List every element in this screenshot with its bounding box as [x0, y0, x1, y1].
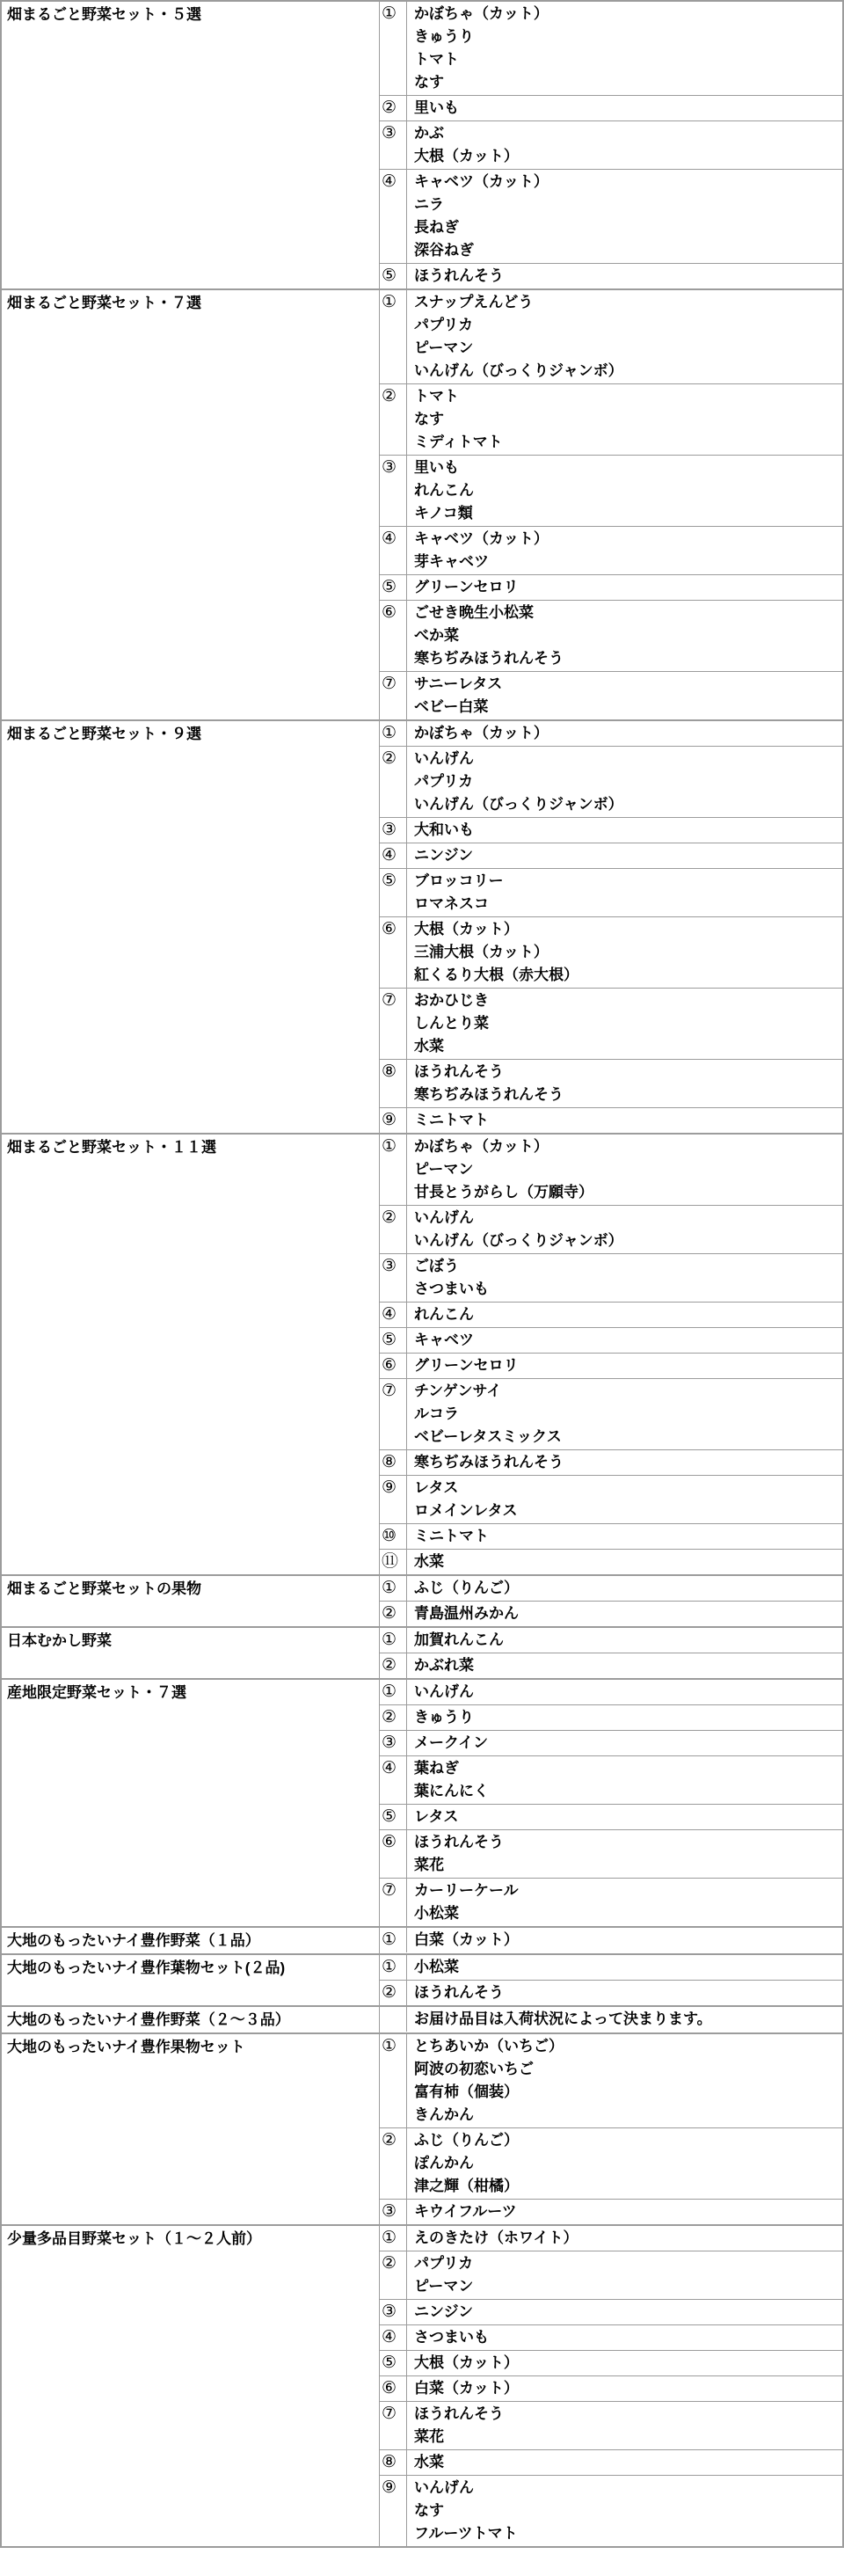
item-list: 大根（カット）三浦大根（カット）紅くるり大根（赤大根） [407, 917, 843, 989]
item-line: ミニトマト [414, 1525, 839, 1548]
item-group-row: ⑧寒ちぢみほうれんそう [380, 1450, 842, 1476]
set-name-cell: 少量多品目野菜セット（１〜２人前） [1, 2225, 380, 2547]
item-group-row: ②パプリカピーマン [380, 2251, 842, 2300]
set-name-cell: 畑まるごと野菜セット・５選 [1, 1, 380, 289]
item-line: なす [414, 408, 839, 431]
item-list: ミニトマト [407, 1108, 843, 1134]
item-group-table: ①とちあいか（いちご）阿波の初恋いちご富有柿（個装）きんかん②ふじ（りんご）ぽん… [380, 2034, 842, 2224]
item-line: いんげん [414, 1207, 839, 1230]
item-line: いんげん [414, 1681, 839, 1704]
item-group-row: ⑨ミニトマト [380, 1108, 842, 1134]
item-number: ⑤ [380, 1805, 407, 1830]
item-group-table: ①ふじ（りんご）②青島温州みかん [380, 1576, 842, 1626]
item-number: ⑥ [380, 2376, 407, 2402]
item-number: ② [380, 2251, 407, 2300]
item-line: フルーツトマト [414, 2522, 839, 2545]
item-group-row: ②青島温州みかん [380, 1602, 842, 1627]
item-list: かぼちゃ（カット） [407, 721, 843, 747]
item-group-row: ⑦チンゲンサイルコラベビーレタスミックス [380, 1379, 842, 1450]
item-number: ⑤ [380, 264, 407, 289]
item-line: 富有柿（個装） [414, 2081, 839, 2104]
item-line: 小松菜 [414, 1956, 839, 1979]
item-group-row: ②きゅうり [380, 1705, 842, 1731]
item-line: 深谷ねぎ [414, 239, 839, 262]
item-number: ④ [380, 1756, 407, 1805]
item-line: 大根（カット） [414, 918, 839, 941]
item-group-row: ⑨いんげんなすフルーツトマト [380, 2476, 842, 2547]
item-number [380, 2007, 407, 2032]
item-number: ④ [380, 527, 407, 575]
item-line: ミニトマト [414, 1109, 839, 1132]
set-row: 大地のもったいナイ豊作葉物セット(２品)①小松菜②ほうれんそう [1, 1954, 843, 2006]
item-number: ③ [380, 1254, 407, 1303]
item-number: ② [380, 2128, 407, 2200]
item-group-table: ①白菜（カット） [380, 1928, 842, 1952]
item-group-row: ⑤大根（カット） [380, 2351, 842, 2376]
item-number: ① [380, 1576, 407, 1602]
set-row: 畑まるごと野菜セット・５選①かぼちゃ（カット）きゅうりトマトなす②里いも③かぶ大… [1, 1, 843, 289]
item-list: れんこん [407, 1303, 843, 1328]
item-group-row: ③里いもれんこんキノコ類 [380, 456, 842, 527]
item-list: えのきたけ（ホワイト） [407, 2226, 843, 2251]
item-list: メークイン [407, 1731, 843, 1756]
item-number: ⑩ [380, 1524, 407, 1550]
item-group-row: ①えのきたけ（ホワイト） [380, 2226, 842, 2251]
item-group-row: ③ニンジン [380, 2300, 842, 2325]
item-number: ⑧ [380, 1450, 407, 1476]
item-line: チンゲンサイ [414, 1380, 839, 1403]
set-items-cell: ①かぼちゃ（カット）②いんげんパプリカいんげん（びっくりジャンボ）③大和いも④ニ… [380, 720, 844, 1134]
item-line: 白菜（カット） [414, 2377, 839, 2400]
item-number: ① [380, 1928, 407, 1952]
item-group-row: ⑦サニーレタスベビー白菜 [380, 672, 842, 720]
item-list: キャベツ（カット）ニラ長ねぎ深谷ねぎ [407, 170, 843, 264]
item-number: ① [380, 2226, 407, 2251]
item-line: ぽんかん [414, 2152, 839, 2175]
set-items-cell: ①とちあいか（いちご）阿波の初恋いちご富有柿（個装）きんかん②ふじ（りんご）ぽん… [380, 2033, 844, 2225]
set-name-cell: 大地のもったいナイ豊作野菜（２〜３品） [1, 2006, 380, 2033]
item-number: ③ [380, 818, 407, 843]
item-group-row: ①かぼちゃ（カット）きゅうりトマトなす [380, 2, 842, 96]
item-line: 加賀れんこん [414, 1629, 839, 1652]
item-line: グリーンセロリ [414, 1354, 839, 1377]
item-line: キウイフルーツ [414, 2200, 839, 2223]
set-name-cell: 大地のもったいナイ豊作葉物セット(２品) [1, 1954, 380, 2006]
item-line: きんかん [414, 2104, 839, 2127]
item-number: ② [380, 384, 407, 456]
set-row: 畑まるごと野菜セット・１１選①かぼちゃ（カット）ピーマン甘長とうがらし（万願寺）… [1, 1134, 843, 1575]
item-list: ミニトマト [407, 1524, 843, 1550]
item-line: 芽キャベツ [414, 551, 839, 573]
item-number: ③ [380, 121, 407, 170]
item-line: ニンジン [414, 844, 839, 867]
item-line: 水菜 [414, 1551, 839, 1573]
item-line: ふじ（りんご） [414, 1577, 839, 1600]
item-line: 水菜 [414, 2451, 839, 2474]
item-line: 青島温州みかん [414, 1602, 839, 1625]
item-group-table: ①かぼちゃ（カット）きゅうりトマトなす②里いも③かぶ大根（カット）④キャベツ（カ… [380, 2, 842, 288]
item-group-row: ⑤ほうれんそう [380, 264, 842, 289]
item-line: かぼちゃ（カット） [414, 1135, 839, 1158]
item-list: かぼちゃ（カット）きゅうりトマトなす [407, 2, 843, 96]
item-line: 津之輝（柑橘） [414, 2175, 839, 2198]
item-group-row: ⑥ごせき晩生小松菜べか菜寒ちぢみほうれんそう [380, 601, 842, 672]
item-number: ① [380, 1135, 407, 1206]
item-line: ベビーレタスミックス [414, 1426, 839, 1449]
item-line: なす [414, 71, 839, 94]
item-number: ⑥ [380, 1354, 407, 1379]
item-number: ⑦ [380, 672, 407, 720]
item-line: パプリカ [414, 770, 839, 793]
set-name-cell: 産地限定野菜セット・７選 [1, 1679, 380, 1927]
item-list: キウイフルーツ [407, 2200, 843, 2225]
item-group-row: ②かぶれ菜 [380, 1653, 842, 1679]
item-group-table: ①小松菜②ほうれんそう [380, 1955, 842, 2005]
item-group-row: ①小松菜 [380, 1955, 842, 1981]
item-number: ① [380, 290, 407, 384]
item-list: さつまいも [407, 2325, 843, 2351]
item-line: 菜花 [414, 2426, 839, 2448]
item-line: なす [414, 2499, 839, 2522]
item-line: とちあいか（いちご） [414, 2035, 839, 2058]
item-list: ごせき晩生小松菜べか菜寒ちぢみほうれんそう [407, 601, 843, 672]
item-number: ⑤ [380, 1328, 407, 1354]
item-group-row: ①かぼちゃ（カット） [380, 721, 842, 747]
item-line: いんげん（びっくりジャンボ） [414, 360, 839, 383]
item-line: スナップえんどう [414, 291, 839, 314]
item-group-row: ②いんげんパプリカいんげん（びっくりジャンボ） [380, 747, 842, 818]
item-number: ⑧ [380, 2450, 407, 2476]
item-line: 三浦大根（カット） [414, 941, 839, 964]
item-line: ベビー白菜 [414, 696, 839, 719]
item-line: 里いも [414, 456, 839, 479]
item-number: ① [380, 1628, 407, 1653]
item-line: 葉ねぎ [414, 1757, 839, 1780]
item-list: とちあいか（いちご）阿波の初恋いちご富有柿（個装）きんかん [407, 2034, 843, 2128]
set-items-cell: お届け品目は入荷状況によって決まります。 [380, 2006, 844, 2033]
item-number: ③ [380, 2200, 407, 2225]
set-name-cell: 日本むかし野菜 [1, 1627, 380, 1679]
item-list: きゅうり [407, 1705, 843, 1731]
item-number: ② [380, 1602, 407, 1627]
item-line: お届け品目は入荷状況によって決まります。 [414, 2008, 839, 2031]
item-group-row: ②ほうれんそう [380, 1981, 842, 2006]
item-line: しんとり菜 [414, 1012, 839, 1035]
item-list: ブロッコリーロマネスコ [407, 869, 843, 917]
item-list: 白菜（カット） [407, 2376, 843, 2402]
item-line: かぶ [414, 122, 839, 145]
item-line: レタス [414, 1806, 839, 1828]
item-list: かぼちゃ（カット）ピーマン甘長とうがらし（万願寺） [407, 1135, 843, 1206]
item-line: おかひじき [414, 989, 839, 1012]
item-line: ほうれんそう [414, 1981, 839, 2004]
item-list: チンゲンサイルコラベビーレタスミックス [407, 1379, 843, 1450]
item-line: かぶれ菜 [414, 1654, 839, 1677]
item-line: いんげん（びっくりジャンボ） [414, 1230, 839, 1252]
set-name-cell: 大地のもったいナイ豊作野菜（１品） [1, 1927, 380, 1954]
item-number: ③ [380, 1731, 407, 1756]
item-list: ほうれんそう菜花 [407, 2402, 843, 2450]
set-row: 日本むかし野菜①加賀れんこん②かぶれ菜 [1, 1627, 843, 1679]
item-number: ⑥ [380, 1830, 407, 1879]
item-line: かぼちゃ（カット） [414, 3, 839, 26]
item-list: 加賀れんこん [407, 1628, 843, 1653]
item-line: いんげん（びっくりジャンボ） [414, 793, 839, 816]
set-items-cell: ①ふじ（りんご）②青島温州みかん [380, 1575, 844, 1627]
item-group-table: ①えのきたけ（ホワイト）②パプリカピーマン③ニンジン④さつまいも⑤大根（カット）… [380, 2226, 842, 2546]
item-list: ニンジン [407, 843, 843, 869]
set-items-cell: ①えのきたけ（ホワイト）②パプリカピーマン③ニンジン④さつまいも⑤大根（カット）… [380, 2225, 844, 2547]
item-number: ④ [380, 2325, 407, 2351]
item-list: 寒ちぢみほうれんそう [407, 1450, 843, 1476]
item-line: カーリーケール [414, 1879, 839, 1902]
set-items-cell: ①かぼちゃ（カット）ピーマン甘長とうがらし（万願寺）②いんげんいんげん（びっくり… [380, 1134, 844, 1575]
item-group-row: ②ふじ（りんご）ぽんかん津之輝（柑橘） [380, 2128, 842, 2200]
item-number: ② [380, 1705, 407, 1731]
item-line: べか菜 [414, 624, 839, 647]
item-line: キノコ類 [414, 502, 839, 525]
item-group-table: ①スナップえんどうパプリカピーマンいんげん（びっくりジャンボ）②トマトなすミディ… [380, 290, 842, 719]
item-list: 葉ねぎ葉にんにく [407, 1756, 843, 1805]
item-list: ほうれんそう [407, 264, 843, 289]
item-line: キャベツ（カット） [414, 528, 839, 551]
item-list: かぶ大根（カット） [407, 121, 843, 170]
item-group-row: ③大和いも [380, 818, 842, 843]
item-group-row: ③キウイフルーツ [380, 2200, 842, 2225]
item-line: きゅうり [414, 26, 839, 48]
item-number: ⑤ [380, 869, 407, 917]
item-line: グリーンセロリ [414, 576, 839, 599]
item-list: ふじ（りんご）ぽんかん津之輝（柑橘） [407, 2128, 843, 2200]
item-line: かぼちゃ（カット） [414, 722, 839, 745]
item-group-row: ①スナップえんどうパプリカピーマンいんげん（びっくりジャンボ） [380, 290, 842, 384]
item-line: 大和いも [414, 819, 839, 842]
item-group-row: ⑦おかひじきしんとり菜水菜 [380, 989, 842, 1060]
item-line: キャベツ [414, 1329, 839, 1352]
set-row: 畑まるごと野菜セット・７選①スナップえんどうパプリカピーマンいんげん（びっくりジ… [1, 289, 843, 720]
set-row: 大地のもったいナイ豊作果物セット①とちあいか（いちご）阿波の初恋いちご富有柿（個… [1, 2033, 843, 2225]
item-group-row: ⑧ほうれんそう寒ちぢみほうれんそう [380, 1060, 842, 1108]
item-line: 大根（カット） [414, 2352, 839, 2375]
item-list: 水菜 [407, 2450, 843, 2476]
item-group-row: ①ふじ（りんご） [380, 1576, 842, 1602]
item-list: ごぼうさつまいも [407, 1254, 843, 1303]
item-group-row: ⑤キャベツ [380, 1328, 842, 1354]
set-items-cell: ①白菜（カット） [380, 1927, 844, 1954]
vegetable-set-table: 畑まるごと野菜セット・５選①かぼちゃ（カット）きゅうりトマトなす②里いも③かぶ大… [0, 0, 844, 2548]
item-group-row: ⑥大根（カット）三浦大根（カット）紅くるり大根（赤大根） [380, 917, 842, 989]
item-number: ⑦ [380, 989, 407, 1060]
item-list: 大和いも [407, 818, 843, 843]
item-number: ② [380, 96, 407, 121]
item-list: いんげんいんげん（びっくりジャンボ） [407, 1206, 843, 1254]
item-line: ミディトマト [414, 431, 839, 454]
item-number: ⑨ [380, 1476, 407, 1524]
item-line: 阿波の初恋いちご [414, 2058, 839, 2081]
item-group-row: ⑦カーリーケール小松菜 [380, 1879, 842, 1927]
item-number: ① [380, 1955, 407, 1981]
item-group-row: ①いんげん [380, 1680, 842, 1705]
item-line: ピーマン [414, 337, 839, 360]
item-number: ⑨ [380, 2476, 407, 2547]
item-list: いんげんパプリカいんげん（びっくりジャンボ） [407, 747, 843, 818]
set-row: 畑まるごと野菜セット・９選①かぼちゃ（カット）②いんげんパプリカいんげん（びっく… [1, 720, 843, 1134]
item-number: ⑨ [380, 1108, 407, 1134]
item-line: ブロッコリー [414, 870, 839, 893]
item-line: 菜花 [414, 1854, 839, 1877]
item-line: きゅうり [414, 1706, 839, 1729]
item-line: ごせき晩生小松菜 [414, 602, 839, 624]
item-group-table: お届け品目は入荷状況によって決まります。 [380, 2007, 842, 2032]
item-list: 白菜（カット） [407, 1928, 843, 1952]
item-list: 大根（カット） [407, 2351, 843, 2376]
item-group-row: ④ニンジン [380, 843, 842, 869]
item-list: いんげん [407, 1680, 843, 1705]
item-line: サニーレタス [414, 673, 839, 696]
item-group-row: ①かぼちゃ（カット）ピーマン甘長とうがらし（万願寺） [380, 1135, 842, 1206]
item-number: ⑤ [380, 2351, 407, 2376]
item-group-table: ①いんげん②きゅうり③メークイン④葉ねぎ葉にんにく⑤レタス⑥ほうれんそう菜花⑦カ… [380, 1680, 842, 1926]
set-name-cell: 畑まるごと野菜セット・７選 [1, 289, 380, 720]
item-list: お届け品目は入荷状況によって決まります。 [407, 2007, 843, 2032]
set-name-cell: 畑まるごと野菜セット・９選 [1, 720, 380, 1134]
item-list: ニンジン [407, 2300, 843, 2325]
item-line: ごぼう [414, 1255, 839, 1278]
item-group-row: ②いんげんいんげん（びっくりジャンボ） [380, 1206, 842, 1254]
set-items-cell: ①スナップえんどうパプリカピーマンいんげん（びっくりジャンボ）②トマトなすミディ… [380, 289, 844, 720]
item-line: れんこん [414, 1303, 839, 1326]
item-list: グリーンセロリ [407, 575, 843, 601]
item-line: パプリカ [414, 2252, 839, 2275]
item-list: カーリーケール小松菜 [407, 1879, 843, 1927]
item-group-row: ④キャベツ（カット）ニラ長ねぎ深谷ねぎ [380, 170, 842, 264]
item-group-row: ①とちあいか（いちご）阿波の初恋いちご富有柿（個装）きんかん [380, 2034, 842, 2128]
item-group-row: ⑥ほうれんそう菜花 [380, 1830, 842, 1879]
item-list: 里いも [407, 96, 843, 121]
item-line: 小松菜 [414, 1902, 839, 1925]
item-number: ⑥ [380, 601, 407, 672]
set-row: 産地限定野菜セット・７選①いんげん②きゅうり③メークイン④葉ねぎ葉にんにく⑤レタ… [1, 1679, 843, 1927]
item-list: キャベツ（カット）芽キャベツ [407, 527, 843, 575]
item-group-row: ④葉ねぎ葉にんにく [380, 1756, 842, 1805]
set-row: 畑まるごと野菜セットの果物①ふじ（りんご）②青島温州みかん [1, 1575, 843, 1627]
item-line: 寒ちぢみほうれんそう [414, 1451, 839, 1474]
item-group-row: ①白菜（カット） [380, 1928, 842, 1952]
item-number: ⑪ [380, 1550, 407, 1575]
item-group-table: ①加賀れんこん②かぶれ菜 [380, 1628, 842, 1678]
set-items-cell: ①加賀れんこん②かぶれ菜 [380, 1627, 844, 1679]
item-list: トマトなすミディトマト [407, 384, 843, 456]
item-line: ルコラ [414, 1403, 839, 1426]
item-group-row: ⑤ブロッコリーロマネスコ [380, 869, 842, 917]
item-number: ④ [380, 1303, 407, 1328]
set-items-cell: ①かぼちゃ（カット）きゅうりトマトなす②里いも③かぶ大根（カット）④キャベツ（カ… [380, 1, 844, 289]
item-line: トマト [414, 48, 839, 71]
item-number: ⑧ [380, 1060, 407, 1108]
item-line: ほうれんそう [414, 1061, 839, 1084]
item-group-row: ⑧水菜 [380, 2450, 842, 2476]
item-list: ほうれんそう寒ちぢみほうれんそう [407, 1060, 843, 1108]
item-list: かぶれ菜 [407, 1653, 843, 1679]
item-line: パプリカ [414, 314, 839, 337]
set-name-cell: 畑まるごと野菜セット・１１選 [1, 1134, 380, 1575]
item-number: ③ [380, 456, 407, 527]
item-number: ⑥ [380, 917, 407, 989]
item-line: ピーマン [414, 1158, 839, 1181]
item-group-table: ①かぼちゃ（カット）ピーマン甘長とうがらし（万願寺）②いんげんいんげん（びっくり… [380, 1135, 842, 1574]
item-number: ④ [380, 170, 407, 264]
item-line: ほうれんそう [414, 265, 839, 288]
item-line: ロマネスコ [414, 893, 839, 916]
item-number: ① [380, 1680, 407, 1705]
item-line: 寒ちぢみほうれんそう [414, 647, 839, 670]
item-line: 葉にんにく [414, 1780, 839, 1803]
item-group-row: ④キャベツ（カット）芽キャベツ [380, 527, 842, 575]
item-list: スナップえんどうパプリカピーマンいんげん（びっくりジャンボ） [407, 290, 843, 384]
item-group-row: ⑥グリーンセロリ [380, 1354, 842, 1379]
item-line: レタス [414, 1477, 839, 1500]
item-number: ⑦ [380, 1879, 407, 1927]
item-number: ② [380, 1206, 407, 1254]
item-list: いんげんなすフルーツトマト [407, 2476, 843, 2547]
item-number: ① [380, 721, 407, 747]
item-line: トマト [414, 385, 839, 408]
item-line: 水菜 [414, 1035, 839, 1058]
set-name-cell: 大地のもったいナイ豊作果物セット [1, 2033, 380, 2225]
item-number: ② [380, 1981, 407, 2006]
item-line: 甘長とうがらし（万願寺） [414, 1181, 839, 1204]
item-list: グリーンセロリ [407, 1354, 843, 1379]
item-group-row: ③メークイン [380, 1731, 842, 1756]
item-line: ふじ（りんご） [414, 2129, 839, 2152]
item-line: いんげん [414, 748, 839, 770]
item-list: 小松菜 [407, 1955, 843, 1981]
item-number: ⑦ [380, 2402, 407, 2450]
item-line: ほうれんそう [414, 1831, 839, 1854]
item-list: ほうれんそう [407, 1981, 843, 2006]
item-list: ほうれんそう菜花 [407, 1830, 843, 1879]
item-line: 紅くるり大根（赤大根） [414, 964, 839, 987]
item-list: 青島温州みかん [407, 1602, 843, 1627]
set-items-cell: ①いんげん②きゅうり③メークイン④葉ねぎ葉にんにく⑤レタス⑥ほうれんそう菜花⑦カ… [380, 1679, 844, 1927]
item-group-row: お届け品目は入荷状況によって決まります。 [380, 2007, 842, 2032]
item-group-row: ⑪水菜 [380, 1550, 842, 1575]
item-line: ほうれんそう [414, 2403, 839, 2426]
item-line: さつまいも [414, 1278, 839, 1301]
item-list: パプリカピーマン [407, 2251, 843, 2300]
item-line: 長ねぎ [414, 216, 839, 239]
item-list: ふじ（りんご） [407, 1576, 843, 1602]
item-line: メークイン [414, 1732, 839, 1755]
item-group-row: ⑥白菜（カット） [380, 2376, 842, 2402]
item-line: れんこん [414, 479, 839, 502]
vegetable-set-table-body: 畑まるごと野菜セット・５選①かぼちゃ（カット）きゅうりトマトなす②里いも③かぶ大… [1, 1, 843, 2547]
item-line: 大根（カット） [414, 145, 839, 168]
item-line: 寒ちぢみほうれんそう [414, 1084, 839, 1106]
item-group-row: ④さつまいも [380, 2325, 842, 2351]
item-number: ② [380, 1653, 407, 1679]
item-line: いんげん [414, 2477, 839, 2499]
item-group-row: ⑤レタス [380, 1805, 842, 1830]
item-number: ⑦ [380, 1379, 407, 1450]
item-line: 白菜（カット） [414, 1929, 839, 1952]
item-group-row: ⑦ほうれんそう菜花 [380, 2402, 842, 2450]
item-line: さつまいも [414, 2326, 839, 2349]
item-number: ⑤ [380, 575, 407, 601]
set-row: 大地のもったいナイ豊作野菜（２〜３品）お届け品目は入荷状況によって決まります。 [1, 2006, 843, 2033]
item-number: ① [380, 2034, 407, 2128]
set-row: 少量多品目野菜セット（１〜２人前）①えのきたけ（ホワイト）②パプリカピーマン③ニ… [1, 2225, 843, 2547]
